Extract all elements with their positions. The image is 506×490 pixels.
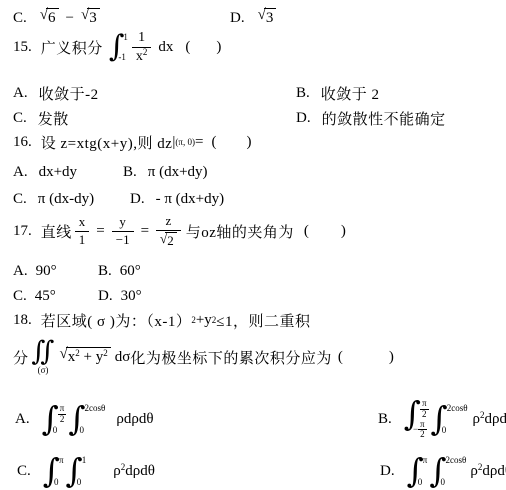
denominator: x2 xyxy=(132,47,152,66)
radicand: 2 xyxy=(165,232,177,249)
option-text: 90° xyxy=(36,263,57,280)
option-text: 45° xyxy=(35,288,56,305)
mini-denominator: 2 xyxy=(58,415,67,425)
option-label: C. xyxy=(13,110,27,127)
numerator: 1 xyxy=(134,29,149,47)
differentials: dρdθ xyxy=(485,411,506,428)
q17-stem: 17. 直线 x 1 = y −1 = z √2 与oz轴的夹角为 ( ) xyxy=(13,211,346,251)
integral-theta: ∫ π 0 xyxy=(407,454,428,489)
stem-text: 化为极坐标下的累次积分应为 xyxy=(130,347,332,368)
option-label: D. xyxy=(130,191,145,208)
integral-rho: ∫ 2cosθ 0 xyxy=(431,402,468,437)
q14-option-c: C. √6 − √3 xyxy=(13,7,102,29)
option-label: D. xyxy=(380,463,395,480)
integral-bounds: π 0 xyxy=(59,454,64,489)
stem-text: ≤1，则二重积 xyxy=(216,310,310,331)
answer-paren-open: ( xyxy=(338,349,343,366)
option-text: 收敛于-2 xyxy=(39,83,99,104)
upper-bound: 1 xyxy=(123,33,128,42)
sqrt-expression: √3 xyxy=(258,8,277,28)
rad-plus: + xyxy=(80,349,96,365)
option-label: B. xyxy=(123,164,137,181)
option-label: A. xyxy=(13,85,28,102)
radicand: 6 xyxy=(46,8,59,28)
differential: dσ xyxy=(115,349,131,366)
equals-sign: = xyxy=(195,134,203,151)
stem-text: 若区域( σ )为：（x-1） xyxy=(41,310,192,331)
radicand: 3 xyxy=(264,8,277,28)
option-text: π (dx-dy) xyxy=(38,191,94,208)
upper-bound: π2 xyxy=(420,399,429,420)
integrand: ρ2 xyxy=(473,411,485,428)
stem-text: 与oz轴的夹角为 xyxy=(186,221,294,242)
answer-paren-close: ) xyxy=(246,134,251,151)
integral-bounds: π2 0 xyxy=(58,402,67,437)
mini-fraction: π2 xyxy=(420,399,429,420)
denominator: −1 xyxy=(112,231,134,248)
option-text: 的敛散性不能确定 xyxy=(322,108,446,129)
option-label: B. xyxy=(378,411,392,428)
q17-option-c: C. 45° xyxy=(13,287,56,306)
lower-bound: 0 xyxy=(53,426,67,435)
option-label: C. xyxy=(13,288,27,305)
integral-bounds: 2cosθ 0 xyxy=(447,402,468,437)
sqrt-expression: √ x2 + y2 xyxy=(60,347,111,367)
integral-bounds: π 0 xyxy=(423,454,428,489)
differentials: dρdθ xyxy=(124,411,154,428)
q16-option-c: C. π (dx-dy) xyxy=(13,190,94,209)
stem-text: 设 z=xtg(x+y),则 dz xyxy=(41,132,173,153)
fraction-y: y −1 xyxy=(112,214,134,248)
stem-text: 广义积分 xyxy=(41,37,103,58)
option-label: D. xyxy=(230,10,245,27)
stem-text: 分 xyxy=(13,347,29,368)
double-integral-icon: ∬ xyxy=(32,338,55,365)
integrand: ρ2 xyxy=(113,463,125,480)
numerator: x xyxy=(75,214,90,230)
q18-option-d: D. ∫ π 0 ∫ 2cosθ 0 ρ2 dρdθ xyxy=(380,450,506,490)
lower-bound: −π2 xyxy=(413,420,429,441)
differentials: dρdθ xyxy=(482,463,506,480)
q15-option-a: A. 收敛于-2 xyxy=(13,84,99,103)
q15-stem: 15. 广义积分 ∫ 1 -1 1 x2 dx ( ) xyxy=(13,30,221,64)
denominator: √2 xyxy=(156,230,181,249)
upper-bound: 2cosθ xyxy=(447,404,468,413)
option-label: D. xyxy=(296,110,311,127)
option-label: B. xyxy=(98,263,112,280)
q16-option-a: A. dx+dy xyxy=(13,163,77,182)
question-number: 18. xyxy=(13,312,32,329)
upper-bound: π xyxy=(423,456,428,465)
mini-denominator: 2 xyxy=(418,430,427,440)
q18-stem-line1: 18. 若区域( σ )为：（x-1） 2 +y 2 ≤1，则二重积 xyxy=(13,309,311,331)
sqrt-expression: √3 xyxy=(81,8,100,28)
option-text: 30° xyxy=(121,288,142,305)
question-number: 15. xyxy=(13,39,32,56)
mini-numerator: π xyxy=(420,399,429,410)
minus-operator: − xyxy=(66,10,74,27)
fraction: 1 x2 xyxy=(132,29,152,65)
integral-rho: ∫ 2cosθ 0 xyxy=(429,454,466,489)
integral-bounds: 1 0 xyxy=(82,454,87,489)
integral-theta: ∫ π2 −π2 xyxy=(404,397,429,442)
q15-option-d: D. 的敛散性不能确定 xyxy=(296,109,446,128)
numerator: z xyxy=(161,213,175,229)
mini-fraction: π2 xyxy=(418,420,427,441)
q14-option-d: D. √3 xyxy=(230,7,278,29)
sqrt-expression: √2 xyxy=(160,232,177,249)
mini-fraction: π2 xyxy=(58,404,67,425)
lower-bound: 0 xyxy=(54,478,64,487)
answer-paren-open: ( xyxy=(211,134,216,151)
q18-option-c: C. ∫ π 0 ∫ 1 0 ρ2 dρdθ xyxy=(17,450,155,490)
answer-paren-close: ) xyxy=(389,349,394,366)
differential: dx xyxy=(158,39,173,56)
q17-option-d: D. 30° xyxy=(98,287,142,306)
q16-stem: 16. 设 z=xtg(x+y),则 dz | (π, 0) = ( ) xyxy=(13,133,251,152)
q15-option-b: B. 收敛于 2 xyxy=(296,84,380,103)
upper-bound: 1 xyxy=(82,456,87,465)
option-label: C. xyxy=(13,10,27,27)
equals-sign: = xyxy=(96,223,104,240)
answer-paren-open: ( xyxy=(185,39,190,56)
double-integral: ∬ (σ) xyxy=(32,338,55,376)
radicand: x2 + y2 xyxy=(66,347,111,367)
lower-bound: 0 xyxy=(442,426,468,435)
integral-rho: ∫ 1 0 xyxy=(66,454,87,489)
upper-bound: π xyxy=(59,456,64,465)
lower-bound: 0 xyxy=(80,426,106,435)
equals-sign: = xyxy=(141,223,149,240)
rad-y-exponent: 2 xyxy=(103,348,108,358)
exam-page: C. √6 − √3 D. √3 15. 广义积分 ∫ 1 -1 1 x2 dx… xyxy=(0,0,506,490)
den-exponent: 2 xyxy=(143,47,148,57)
option-text: 60° xyxy=(120,263,141,280)
integral-rho: ∫ 2cosθ 0 xyxy=(68,402,105,437)
q15-option-c: C. 发散 xyxy=(13,109,69,128)
integral-bounds: 2cosθ 0 xyxy=(446,454,467,489)
integral-theta: ∫ π 0 xyxy=(43,454,64,489)
integral-bounds: 1 -1 xyxy=(123,31,128,63)
integrand: ρ2 xyxy=(470,463,482,480)
lower-bound: 0 xyxy=(441,478,467,487)
question-number: 16. xyxy=(13,134,32,151)
integral-bounds: 2cosθ 0 xyxy=(85,402,106,437)
option-text: π (dx+dy) xyxy=(148,164,208,181)
region-subscript: (σ) xyxy=(38,365,49,376)
option-text: 收敛于 2 xyxy=(321,83,380,104)
numerator: y xyxy=(115,214,130,230)
option-text: dx+dy xyxy=(39,164,77,181)
option-label: C. xyxy=(13,191,27,208)
integral-bounds: π2 −π2 xyxy=(420,397,429,442)
option-label: A. xyxy=(15,411,30,428)
q16-option-b: B. π (dx+dy) xyxy=(123,163,208,182)
option-text: - π (dx+dy) xyxy=(156,191,225,208)
denominator: 1 xyxy=(75,231,90,248)
answer-paren-close: ) xyxy=(216,39,221,56)
lower-bound: 0 xyxy=(77,478,87,487)
option-label: B. xyxy=(296,85,310,102)
q17-option-b: B. 60° xyxy=(98,262,141,281)
option-label: D. xyxy=(98,288,113,305)
q16-option-d: D. - π (dx+dy) xyxy=(130,190,224,209)
rho: ρ xyxy=(113,463,121,479)
differentials: dρdθ xyxy=(125,463,155,480)
integral-theta: ∫ π2 0 xyxy=(42,402,67,437)
rho: ρ xyxy=(470,463,478,479)
den-base: x xyxy=(136,49,143,64)
radicand: 3 xyxy=(87,8,100,28)
lower-bound: 0 xyxy=(418,478,428,487)
stem-text: +y xyxy=(196,312,212,329)
option-label: C. xyxy=(17,463,31,480)
evaluation-point: (π, 0) xyxy=(175,138,195,147)
q18-option-a: A. ∫ π2 0 ∫ 2cosθ 0 ρ dρdθ xyxy=(15,396,154,442)
option-label: A. xyxy=(13,164,28,181)
fraction-z: z √2 xyxy=(156,213,181,249)
option-text: 发散 xyxy=(38,108,69,129)
upper-bound: 2cosθ xyxy=(85,404,106,413)
q18-option-b: B. ∫ π2 −π2 ∫ 2cosθ 0 ρ2 dρdθ xyxy=(378,396,506,442)
fraction-x: x 1 xyxy=(75,214,90,248)
integral: ∫ 1 -1 xyxy=(109,31,128,63)
sqrt-expression: √6 xyxy=(40,8,59,28)
upper-bound: 2cosθ xyxy=(446,456,467,465)
q17-option-a: A. 90° xyxy=(13,262,57,281)
integrand: ρ xyxy=(116,411,124,428)
question-number: 17. xyxy=(13,223,32,240)
lower-bound: -1 xyxy=(118,53,128,62)
stem-text: 直线 xyxy=(41,221,72,242)
q18-stem-line2: 分 ∬ (σ) √ x2 + y2 dσ 化为极坐标下的累次积分应为 ( ) xyxy=(13,337,394,377)
mini-numerator: π xyxy=(58,404,67,415)
answer-paren-open: ( xyxy=(304,223,309,240)
upper-bound: π2 xyxy=(58,404,67,425)
answer-paren-close: ) xyxy=(341,223,346,240)
rho: ρ xyxy=(473,411,481,427)
option-label: A. xyxy=(13,263,28,280)
